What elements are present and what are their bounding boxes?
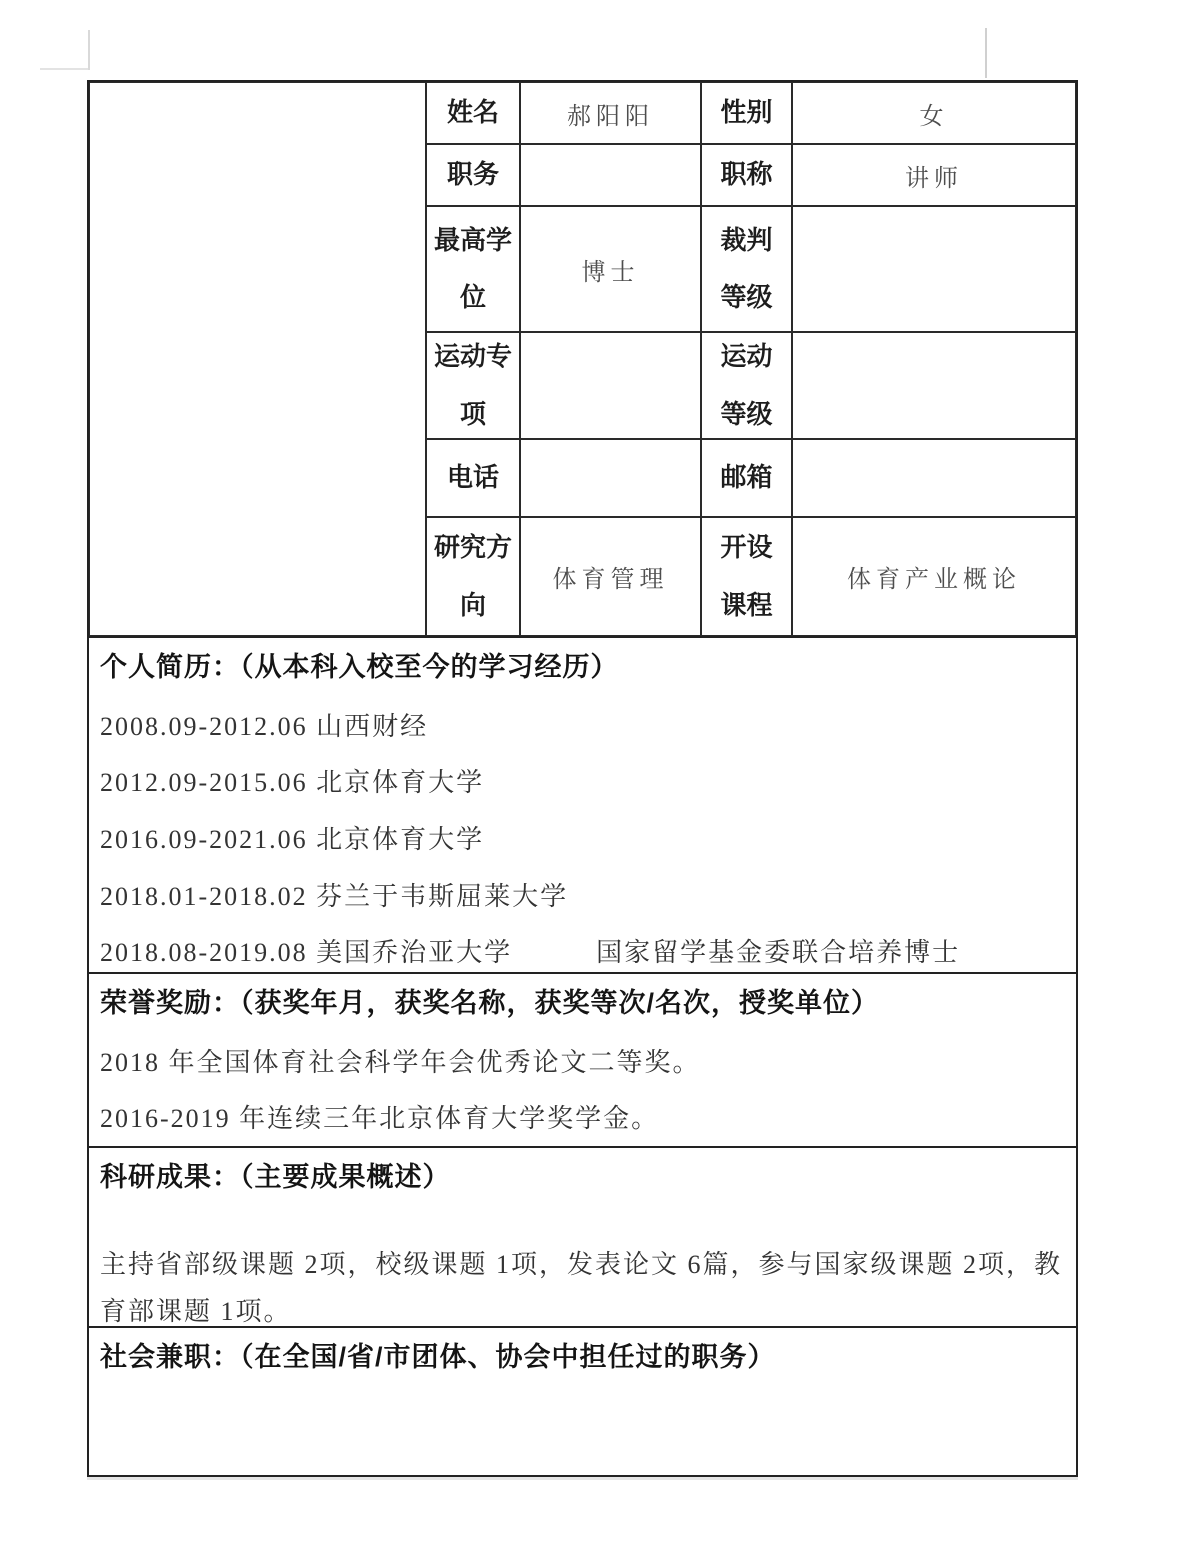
section-honors: 荣誉奖励：（获奖年月，获奖名称，获奖等次/名次，授奖单位） 2018 年全国体育…	[89, 972, 1076, 1146]
phone-label: 电话	[426, 439, 520, 517]
honors-entry: 2016-2019 年连续三年北京体育大学奖学金。	[100, 1105, 1062, 1134]
position-value	[520, 144, 701, 206]
position-label: 职务	[426, 144, 520, 206]
athletic-level-label: 运动等级	[701, 332, 792, 439]
phone-value	[520, 439, 701, 517]
athletic-level-value	[792, 332, 1076, 439]
courses-offered-label: 开设课程	[701, 517, 792, 636]
sport-specialty-label: 运动专项	[426, 332, 520, 439]
photo-cell	[89, 82, 426, 636]
honors-heading: 荣誉奖励：（获奖年月，获奖名称，获奖等次/名次，授奖单位）	[100, 987, 1062, 1021]
honors-entry: 2018 年全国体育社会科学年会优秀论文二等奖。	[100, 1049, 1062, 1078]
sport-specialty-value	[520, 332, 701, 439]
scan-artifact-top-left-vertical	[88, 30, 90, 70]
resume-entry: 2016.09-2021.06 北京体育大学	[100, 826, 1062, 855]
research-summary: 主持省部级课题 2项，校级课题 1项，发表论文 6篇，参与国家级课题 2项，教育…	[100, 1241, 1062, 1335]
research-direction-label: 研究方向	[426, 517, 520, 636]
highest-degree-label: 最高学位	[426, 206, 520, 332]
section-resume: 个人简历：（从本科入校至今的学习经历） 2008.09-2012.06 山西财经…	[89, 636, 1076, 972]
section-research: 科研成果：（主要成果概述） 主持省部级课题 2项，校级课题 1项，发表论文 6篇…	[89, 1146, 1076, 1326]
section-social: 社会兼职：（在全国/省/市团体、协会中担任过的职务）	[89, 1326, 1076, 1475]
resume-entry: 2012.09-2015.06 北京体育大学	[100, 769, 1062, 798]
highest-degree-value: 博士	[520, 206, 701, 332]
resume-entry: 2008.09-2012.06 山西财经	[100, 713, 1062, 742]
social-heading: 社会兼职：（在全国/省/市团体、协会中担任过的职务）	[100, 1341, 1062, 1375]
research-heading: 科研成果：（主要成果概述）	[100, 1161, 1062, 1195]
referee-level-value	[792, 206, 1076, 332]
name-value: 郝阳阳	[520, 82, 701, 144]
email-label: 邮箱	[701, 439, 792, 517]
faculty-info-form: 姓名 郝阳阳 性别 女 职务 职称 讲师 最高学位 博士 裁判等级 运动专项 运…	[87, 80, 1078, 1477]
scan-artifact-top-left-horizontal	[40, 68, 88, 70]
gender-value: 女	[792, 82, 1076, 144]
title-value: 讲师	[792, 144, 1076, 206]
title-label: 职称	[701, 144, 792, 206]
referee-level-label: 裁判等级	[701, 206, 792, 332]
gender-label: 性别	[701, 82, 792, 144]
email-value	[792, 439, 1076, 517]
personal-info-table: 姓名 郝阳阳 性别 女 职务 职称 讲师 最高学位 博士 裁判等级 运动专项 运…	[89, 82, 1076, 636]
resume-entry: 2018.08-2019.08 美国乔治亚大学 国家留学基金委联合培养博士	[100, 939, 1062, 968]
research-direction-value: 体育管理	[520, 517, 701, 636]
scan-artifact-top-right-vertical	[985, 28, 987, 78]
name-label: 姓名	[426, 82, 520, 144]
resume-entry: 2018.01-2018.02 芬兰于韦斯屈莱大学	[100, 883, 1062, 912]
resume-heading: 个人简历：（从本科入校至今的学习经历）	[100, 651, 1062, 685]
courses-offered-value: 体育产业概论	[792, 517, 1076, 636]
